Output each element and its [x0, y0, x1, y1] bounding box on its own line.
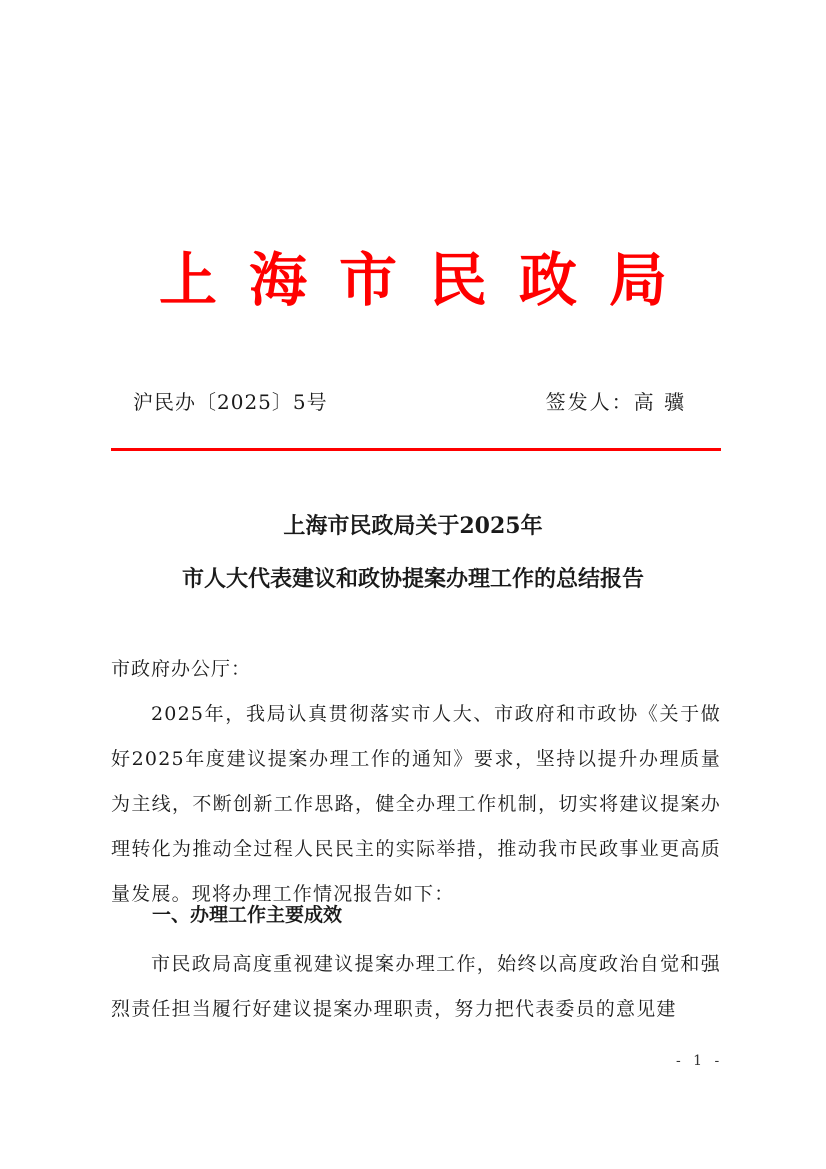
section-heading: 一、办理工作主要成效	[152, 900, 342, 930]
red-divider	[111, 448, 721, 451]
document-title-line-2: 市人大代表建议和政协提案办理工作的总结报告	[0, 563, 826, 595]
agency-title: 上海市民政局	[0, 244, 826, 316]
signer-name: 高 骥	[634, 390, 686, 414]
document-title-line-1: 上海市民政局关于2025年	[0, 510, 826, 542]
signer: 签发人：高 骥	[546, 386, 686, 418]
document-number: 沪民办〔2025〕5号	[133, 386, 328, 418]
intro-paragraph: 2025年，我局认真贯彻落实市人大、市政府和市政协《关于做好2025年度建议提案…	[111, 692, 721, 917]
page-number: - 1 -	[676, 1053, 723, 1069]
signer-label: 签发人：	[546, 390, 634, 414]
section-paragraph: 市民政局高度重视建议提案办理工作，始终以高度政治自觉和强烈责任担当履行好建议提案…	[111, 942, 721, 1032]
addressee: 市政府办公厅：	[111, 654, 251, 684]
